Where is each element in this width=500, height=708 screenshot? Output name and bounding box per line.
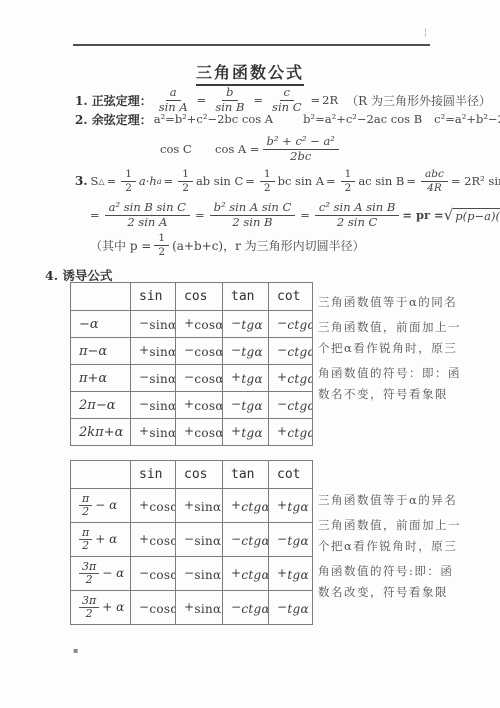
row-label: π+α — [71, 365, 131, 392]
table-cell: −sinα — [176, 557, 223, 591]
table-cell: −cosα — [176, 365, 223, 392]
row-label: 2π−α — [71, 392, 131, 419]
table-cell: +ctgα — [269, 365, 313, 392]
table-cell: −ctgα — [269, 311, 313, 338]
table-cell: +ctgα — [223, 489, 269, 523]
cosine-formula-b: b²=a²+c²−2ac cos B — [303, 112, 422, 126]
document-page: ¦ 三角函数公式 1. 正弦定理： asin A = bsin B = csin… — [0, 0, 500, 708]
area-symbol: S — [91, 174, 99, 188]
cosA-fraction-line: cos A = b² + c² − a²2bc — [215, 133, 342, 165]
area-formula-line1: 3. S△ = 12 a·ha = 12 ab sin C = 12 bc si… — [75, 166, 500, 196]
row-label: 2kπ+α — [71, 419, 131, 446]
annotation-line: 三角函数值等于α的同名 — [318, 292, 496, 313]
table-header-sin: sin — [131, 283, 176, 311]
fraction-cosA: b² + c² − a²2bc — [263, 135, 339, 162]
sine-result: 2R — [322, 93, 338, 107]
table1-annotation: 三角函数值等于α的同名 三角函数值，前面加上一 个把α看作锐角时，原三 角函数值… — [318, 292, 496, 405]
row-label: π2− α — [71, 489, 131, 523]
fraction-half: 12 — [341, 168, 356, 193]
table-cell: +cosα — [176, 392, 223, 419]
p-definition-prefix: （其中 p = — [90, 237, 151, 254]
table-cell: +sinα — [131, 338, 176, 365]
table-cell: −tgα — [223, 338, 269, 365]
table-row: π+α −sinα −cosα +tgα +ctgα — [71, 365, 313, 392]
header-rule — [73, 44, 430, 46]
area-term-2R2: = 2R² sin A sin B sin C — [451, 174, 500, 188]
annotation-line: 三角函数值，前面加上一 — [318, 317, 496, 338]
cosA-lhs: cos A = — [215, 142, 260, 156]
equals-sign: = — [245, 174, 255, 188]
table-cell: +ctgα — [269, 419, 313, 446]
row-label: 3π2− α — [71, 557, 131, 591]
table-header-sin: sin — [131, 461, 176, 489]
area-term-acsinB: ac sin B — [358, 174, 404, 188]
fraction-b2sinAsinC: b² sin A sin C2 sin B — [210, 201, 296, 228]
table-header-row: sin cos tan cot — [71, 283, 313, 311]
annotation-line: 角函数值的符号:即：函 — [318, 561, 496, 582]
table-header-cot: cot — [269, 283, 313, 311]
table-cell: +cosα — [176, 419, 223, 446]
table-cell: −ctgα — [223, 591, 269, 625]
table-row: 3π2− α −cosα −sinα +ctgα +tgα — [71, 557, 313, 591]
table-row: π2− α +cosα +sinα +ctgα +tgα — [71, 489, 313, 523]
page-title: 三角函数公式 — [196, 60, 304, 86]
area-formula-line2: = a² sin B sin C2 sin A = b² sin A sin C… — [88, 198, 500, 232]
fraction-half: 12 — [260, 168, 275, 193]
table-cell: +sinα — [131, 419, 176, 446]
fraction-half: 12 — [154, 232, 169, 257]
area-formula-line3: （其中 p = 12 (a+b+c)，r 为三角形内切圆半径） — [90, 230, 365, 260]
table-cell: −sinα — [131, 365, 176, 392]
table-header-cos: cos — [176, 283, 223, 311]
table-cell: +tgα — [223, 419, 269, 446]
equals-sign: = — [406, 174, 416, 188]
fraction-abc-4R: abc4R — [421, 168, 448, 193]
table-cell: +sinα — [176, 489, 223, 523]
table-row: −α −sinα +cosα −tgα −ctgα — [71, 311, 313, 338]
h-subscript: a — [157, 177, 162, 186]
cosine-formula-c-cont: cos C — [160, 142, 192, 156]
title-row: 三角函数公式 — [0, 60, 500, 86]
equals-sign: = — [90, 208, 100, 222]
fraction-a2sinBsinC: a² sin B sin C2 sin A — [105, 201, 190, 228]
law-of-cosines-label: 2. 余弦定理： — [75, 111, 152, 128]
fraction-half: 12 — [178, 168, 193, 193]
scan-artifact-bottom: ▪ — [73, 646, 78, 655]
area-item-number: 3. — [75, 174, 88, 188]
equals-sign: = — [326, 174, 336, 188]
table-cell: −cosα — [131, 591, 176, 625]
sine-note: （R 为三角形外接圆半径） — [346, 92, 491, 109]
table-cell: −cosα — [131, 557, 176, 591]
annotation-line: 个把α看作锐角时，原三 — [318, 338, 496, 359]
equals-sign: = — [164, 174, 174, 188]
annotation-line: 角函数值的符号：即：函 — [318, 363, 496, 384]
induction-table-1: sin cos tan cot −α −sinα +cosα −tgα −ctg… — [70, 282, 313, 446]
cosine-formula-c: c²=a²+b²−2ab — [434, 112, 500, 126]
annotation-line: 三角函数值，前面加上一 — [318, 515, 496, 536]
area-term-absinC: ab sin C — [196, 174, 243, 188]
radicand: p(p−a)(p−b)(p−c) — [453, 208, 500, 223]
row-label: π2+ α — [71, 523, 131, 557]
table-row: π−α +sinα −cosα −tgα −ctgα — [71, 338, 313, 365]
induction-table-2: sin cos tan cot π2− α +cosα +sinα +ctgα … — [70, 460, 313, 625]
table-row: 2kπ+α +sinα +cosα +tgα +ctgα — [71, 419, 313, 446]
p-definition-suffix: (a+b+c)，r 为三角形内切圆半径） — [172, 237, 365, 254]
table-cell: +cosα — [131, 489, 176, 523]
row-label: −α — [71, 311, 131, 338]
table-header-cos: cos — [176, 461, 223, 489]
law-of-cosines-line: 2. 余弦定理： a²=b²+c²−2bc cos A b²=a²+c²−2ac… — [75, 110, 500, 128]
table-corner-cell — [71, 461, 131, 489]
table-cell: +ctgα — [223, 557, 269, 591]
fraction-half: 12 — [121, 168, 136, 193]
area-term-bcsinA: bc sin A — [278, 174, 324, 188]
annotation-line: 个把α看作锐角时，原三 — [318, 536, 496, 557]
table-header-cot: cot — [269, 461, 313, 489]
annotation-line: 数名改变，符号看象限 — [318, 582, 496, 603]
table-cell: −ctgα — [269, 338, 313, 365]
equals-sign: = — [253, 93, 263, 107]
table-header-tan: tan — [223, 461, 269, 489]
table-cell: +tgα — [269, 557, 313, 591]
table2-annotation: 三角函数值等于α的异名 三角函数值，前面加上一 个把α看作锐角时，原三 角函数值… — [318, 490, 496, 603]
table-header-tan: tan — [223, 283, 269, 311]
equals-sign: = — [195, 208, 205, 222]
table-cell: +tgα — [223, 365, 269, 392]
table-cell: +sinα — [176, 591, 223, 625]
table-cell: +cosα — [131, 523, 176, 557]
row-label: π−α — [71, 338, 131, 365]
pr-equals: = pr = — [402, 208, 443, 222]
table-corner-cell — [71, 283, 131, 311]
fraction-c2sinAsinB: c² sin A sin B2 sin C — [315, 201, 399, 228]
law-of-sines-label: 1. 正弦定理： — [75, 92, 152, 109]
scan-artifact-top: ¦ — [424, 28, 427, 38]
annotation-line: 数名不变，符号看象限 — [318, 384, 496, 405]
table-cell: −tgα — [269, 523, 313, 557]
equals-sign: = — [300, 208, 310, 222]
table-cell: −tgα — [223, 311, 269, 338]
table-cell: −sinα — [131, 392, 176, 419]
table-row: 2π−α −sinα +cosα −tgα −ctgα — [71, 392, 313, 419]
table-cell: +tgα — [269, 489, 313, 523]
table-cell: −ctgα — [223, 523, 269, 557]
table-cell: −ctgα — [269, 392, 313, 419]
table-cell: −tgα — [269, 591, 313, 625]
table-row: 3π2+ α −cosα +sinα −ctgα −tgα — [71, 591, 313, 625]
annotation-line: 三角函数值等于α的异名 — [318, 490, 496, 511]
table-cell: −sinα — [131, 311, 176, 338]
table-cell: +cosα — [176, 311, 223, 338]
table-header-row: sin cos tan cot — [71, 461, 313, 489]
area-term-aha: a·h — [139, 174, 157, 188]
table-cell: −sinα — [176, 523, 223, 557]
table-cell: −tgα — [223, 392, 269, 419]
area-symbol-subscript: △ — [98, 177, 104, 186]
table-row: π2+ α +cosα −sinα −ctgα −tgα — [71, 523, 313, 557]
equals-sign: = — [311, 93, 321, 107]
radical-sign: √ — [444, 206, 454, 224]
equals-sign: = — [197, 93, 207, 107]
equals-sign: = — [107, 174, 117, 188]
table-cell: −cosα — [176, 338, 223, 365]
cosine-formula-a: a²=b²+c²−2bc cos A — [154, 112, 273, 126]
row-label: 3π2+ α — [71, 591, 131, 625]
